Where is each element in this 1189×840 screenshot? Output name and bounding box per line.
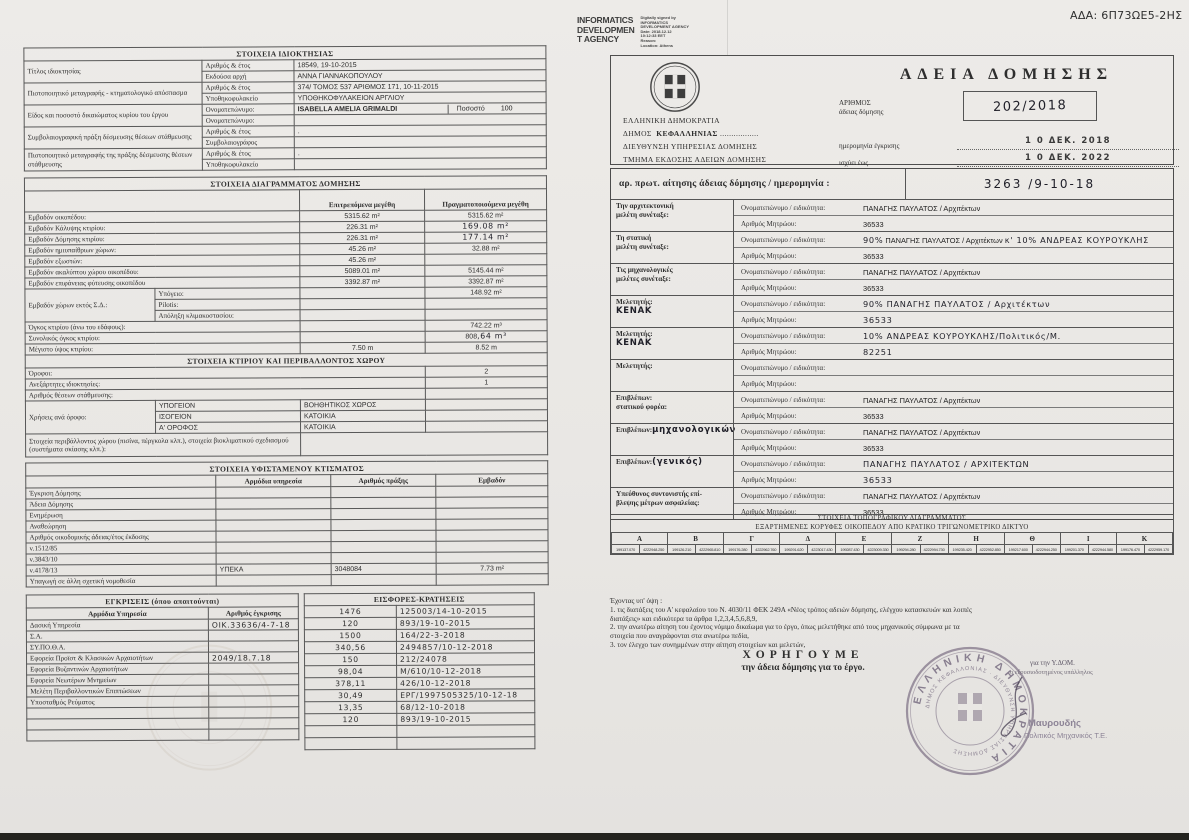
legal-intro: Έχοντας υπ' όψη :: [610, 597, 976, 606]
topo-letter: Ι: [1060, 533, 1116, 545]
designer-name: ΠΑΝΑΓΗΣ ΠΑΥΛΑΤΟΣ / Αρχιτέκτων: [863, 203, 980, 213]
designer-role-label: Επιβλέπων: στατικού φορέα:: [616, 394, 667, 411]
cell-reference: 893/19-10-2015: [396, 617, 534, 630]
cell-amount: 120: [304, 617, 396, 629]
topographic-table: ΣΤΟΙΧΕΙΑ ΤΟΠΟΓΡΑΦΙΚΟΥ ΔΙΑΓΡΑΜΜΑΤΟΣ ΕΞΑΡΤ…: [610, 514, 1174, 555]
designer-role: Μελετητής:: [611, 360, 733, 391]
designer-role-label: Υπεύθυνος συντονιστής επί- βλεψης μέτρων…: [616, 490, 702, 507]
registry-label: Αριθμός Μητρώου:: [741, 348, 863, 356]
building-diagram-table: ΣΤΟΙΧΕΙΑ ΔΙΑΓΡΑΜΜΑΤΟΣ ΔΟΜΗΣΗΣ Επιτρεπόμε…: [24, 175, 548, 457]
column-header-realized: Πραγματοποιούμενα μεγέθη: [424, 189, 546, 211]
topo-coordinate: 199126.210: [668, 545, 696, 554]
cell-label: Αναθεώρηση: [26, 520, 216, 532]
cell-label: Στοιχεία περιβάλλοντος χώρου (πισίνα, πέ…: [26, 433, 301, 457]
column-header: Αριθμός πράξης: [331, 474, 436, 486]
cell-amount: 340,56: [304, 641, 396, 653]
topo-title-2: ΕΞΑΡΤΗΜΕΝΕΣ ΚΟΡΥΦΕΣ ΟΙΚΟΠΕΔΟΥ ΑΠΟ ΚΡΑΤΙΚ…: [611, 524, 1173, 533]
printed-registry: 36533: [863, 252, 884, 261]
handwritten-value: ,64 m³: [477, 331, 507, 340]
designer-name-line: Ονοματεπώνυμο / ειδικότητα:: [734, 360, 1173, 375]
cell-amount: 30,49: [305, 689, 397, 701]
designer-role-label: Τη στατική μελέτη συνέταξε:: [616, 234, 669, 251]
cell-realized: 177.14 m²: [425, 232, 547, 244]
topo-coordinate: 4222944.580: [1088, 545, 1116, 554]
number-label-line1: ΑΡΙΘΜΟΣ: [839, 99, 883, 108]
designer-name: 90% ΠΑΝΑΓΗΣ ΠΑΥΛΑΤΟΣ / Αρχιτέκτων κ' 10%…: [863, 235, 1149, 245]
cell-floor: ΙΣΟΓΕΙΟΝ: [155, 411, 300, 423]
printed-name: ΠΑΝΑΓΗΣ ΠΑΥΛΑΤΟΣ / Αρχιτέκτων: [863, 204, 980, 213]
designer-role: Επιβλέπων: στατικού φορέα:: [611, 392, 733, 423]
cell-blank: [425, 410, 547, 422]
fullname-label: Ονοματεπώνυμο / ειδικότητα:: [741, 396, 863, 404]
dots: .................: [720, 129, 759, 138]
topo-letter: Η: [948, 533, 1004, 545]
cell-area: [436, 497, 548, 508]
cell-act-number: [331, 497, 436, 508]
cell-area: [436, 574, 548, 585]
directorate-line: ΔΙΕΥΘΥΝΣΗ ΥΠΗΡΕΣΙΑΣ ΔΟΜΗΣΗΣ: [623, 142, 757, 151]
cell-label: Συμβολαιογραφική πράξη δέσμευσης θέσεων …: [24, 126, 202, 149]
cell-amount: 13,35: [305, 701, 397, 713]
cell-sublabel: Ονοματεπώνυμο:: [202, 104, 294, 115]
dotted-line: 1 0 ΔΕΚ. 2022: [957, 147, 1179, 167]
cell-reference: Μ/610/10-12-2018: [397, 665, 535, 678]
cell-reference: 212/24078: [397, 653, 535, 666]
designer-registry-line: Αριθμός Μητρώου: 36533: [734, 215, 1173, 231]
registry-label: Αριθμός Μητρώου:: [741, 284, 863, 292]
printed-name: ΠΑΝΑΓΗΣ ΠΑΥΛΑΤΟΣ / Αρχιτέκτων: [885, 236, 1002, 245]
table-row: Στοιχεία περιβάλλοντος χώρου (πισίνα, πέ…: [26, 432, 548, 457]
topo-coordinate: 4223009.330: [864, 545, 892, 554]
designer-role-label: Μελετητής:: [616, 330, 653, 338]
cell-sublabel: Υποθηκοφυλακείο: [202, 93, 294, 104]
designer-name: ΠΑΝΑΓΗΣ ΠΑΥΛΑΤΟΣ / ΑΡΧΙΤΕΚΤΩΝ: [863, 459, 1029, 469]
designer-details: Ονοματεπώνυμο / ειδικότητα: ΠΑΝΑΓΗΣ ΠΑΥΛ…: [733, 200, 1173, 231]
topo-coordinate: 199235.420: [948, 545, 976, 554]
cell-reference: ΕΡΓ/1997505325/10-12-18: [397, 689, 535, 702]
printed-value: 808: [465, 334, 477, 341]
designer-name-line: Ονοματεπώνυμο / ειδικότητα: ΠΑΝΑΓΗΣ ΠΑΥΛ…: [734, 424, 1173, 439]
cell-amount: [305, 725, 397, 737]
cell-service: [216, 509, 331, 521]
protocol-row: αρ. πρωτ. αίτησης άδειας δόμησης / ημερο…: [611, 169, 1173, 200]
table-row: ΕΙΣΦΟΡΕΣ-ΚΡΑΤΗΣΕΙΣ: [304, 593, 534, 606]
topo-coordinate: 199294.280: [892, 545, 920, 554]
contributions-table: ΕΙΣΦΟΡΕΣ-ΚΡΑΤΗΣΕΙΣ 1476 125003/14-10-201…: [304, 592, 536, 750]
cell-reference: 2494857/10-12-2018: [396, 641, 534, 654]
cell-realized: 3392.87 m²: [425, 276, 547, 288]
cell-reference: 164/22-3-2018: [396, 629, 534, 642]
designer-registry-line: Αριθμός Μητρώου: 36533: [734, 471, 1173, 487]
designer-role-label: Επιβλέπων:: [616, 458, 652, 466]
topo-letter: Α: [612, 533, 668, 545]
fullname-label: Ονοματεπώνυμο / ειδικότητα:: [741, 236, 863, 244]
handwritten-name: 90% ΠΑΝΑΓΗΣ ΠΑΥΛΑΤΟΣ / Αρχιτέκτων: [863, 299, 1050, 309]
cell-act-number: 3048084: [331, 563, 436, 574]
table-row: [305, 737, 535, 750]
designer-details: Ονοματεπώνυμο / ειδικότητα: ΠΑΝΑΓΗΣ ΠΑΥΛ…: [733, 456, 1173, 487]
department-line: ΤΜΗΜΑ ΕΚΔΟΣΗΣ ΑΔΕΙΩΝ ΔΟΜΗΣΗΣ: [623, 155, 766, 164]
greek-state-emblem-icon: [649, 61, 701, 113]
topo-coordinate: 4222959.170: [1144, 545, 1172, 554]
cell-reference: 893/19-10-2015: [397, 713, 535, 726]
cell-area: [436, 530, 548, 541]
table-row: 30,49 ΕΡΓ/1997505325/10-12-18: [305, 689, 535, 702]
cell-label: Υπαγωγή σε άλλη σχετική νομοθεσία: [26, 575, 216, 587]
cell-label: Ενημέρωση: [26, 509, 216, 521]
column-header: Αριθμός έγκρισης: [208, 607, 298, 619]
cell-act-number: [331, 519, 436, 530]
cell-value: [294, 158, 546, 170]
cell-realized: [425, 298, 547, 310]
cell-label: Έγκριση Δόμησης: [26, 487, 216, 499]
cell-act-number: [331, 486, 436, 497]
designer-name-line: Ονοματεπώνυμο / ειδικότητα: ΠΑΝΑΓΗΣ ΠΑΥΛ…: [734, 200, 1173, 215]
faint-stamp: [139, 637, 280, 778]
designer-details: Ονοματεπώνυμο / ειδικότητα: ΠΑΝΑΓΗΣ ΠΑΥΛ…: [733, 264, 1173, 295]
topo-coordinate: 199137.070: [612, 545, 640, 554]
handwritten-prefix: 90%: [863, 235, 883, 245]
permit-header: ΕΛΛΗΝΙΚΗ ΔΗΜΟΚΡΑΤΙΑ ΔΗΜΟΣ ΚΕΦΑΛΛΗΝΙΑΣ ..…: [610, 55, 1174, 165]
topo-coordinate: 199201.370: [1060, 545, 1088, 554]
printed-value: 742.22 m³: [470, 322, 502, 329]
cell-area: [436, 508, 548, 519]
cell-realized: 742.22 m³: [425, 320, 547, 332]
number-label: ΑΡΙΘΜΟΣ άδειας δόμησης: [839, 99, 883, 117]
designer-details: Ονοματεπώνυμο / ειδικότητα: 90% ΠΑΝΑΓΗΣ …: [733, 296, 1173, 327]
topo-letter: Θ: [1004, 533, 1060, 545]
cell-sublabel: Αριθμός & έτος: [202, 148, 294, 159]
table-row: [305, 725, 535, 738]
designer-role: Την αρχιτεκτονική μελέτη συνέταξε:: [611, 200, 733, 231]
topo-coordinate: 199287.430: [836, 545, 864, 554]
cell-sublabel: Αριθμός & έτος: [202, 82, 294, 93]
valid-until-line: ισχύει έως 1 0 ΔΕΚ. 2022: [839, 147, 1179, 167]
fullname-label: Ονοματεπώνυμο / ειδικότητα:: [741, 204, 863, 212]
topo-title-1: ΣΤΟΙΧΕΙΑ ΤΟΠΟΓΡΑΦΙΚΟΥ ΔΙΑΓΡΑΜΜΑΤΟΣ: [611, 515, 1173, 524]
registry-label: Αριθμός Μητρώου:: [741, 444, 863, 452]
printed-registry: 36533: [863, 412, 884, 421]
cell-permitted: 45.26 m²: [300, 243, 425, 255]
table-row: Υπαγωγή σε άλλη σχετική νομοθεσία: [26, 574, 548, 587]
designer-role-label: Την αρχιτεκτονική μελέτη συνέταξε:: [616, 202, 674, 219]
designer-row: Μελετητής: Ονοματεπώνυμο / ειδικότητα: Α…: [611, 359, 1173, 391]
fullname-label: Ονοματεπώνυμο / ειδικότητα:: [741, 364, 863, 372]
designer-row: Την αρχιτεκτονική μελέτη συνέταξε: Ονομα…: [611, 200, 1173, 231]
cell-label: Άδεια Δόμησης: [26, 498, 216, 510]
registry-number: 36533: [863, 219, 884, 229]
table-row: ΕΓΚΡΙΣΕΙΣ (όπου απαιτούνται): [26, 594, 298, 608]
topo-letter: Ζ: [892, 533, 948, 545]
column-header: Αρμόδια υπηρεσία: [216, 475, 331, 488]
cell-permitted: 226.31 m²: [300, 232, 425, 244]
valid-until-label: ισχύει έως: [839, 159, 957, 167]
designer-role: Μελετητής: ΚΕΝΑΚ: [611, 328, 733, 359]
table-row: Επιτρεπόμενα μεγέθη Πραγματοποιούμενα με…: [24, 189, 546, 212]
cell-realized: [425, 309, 547, 321]
cell-realized: 32.88 m²: [425, 243, 547, 255]
topo-letter: Κ: [1116, 533, 1172, 545]
topo-coordinate: 4222994.730: [920, 545, 948, 554]
cell-area: [436, 519, 548, 530]
cell-sublabel: Συμβολαιογράφος: [202, 137, 294, 148]
designer-row: Μελετητής: ΚΕΝΑΚ Ονοματεπώνυμο / ειδικότ…: [611, 327, 1173, 359]
topo-coord-row: 199137.0704222948.250199126.2104222965.8…: [612, 545, 1173, 554]
designer-registry-line: Αριθμός Μητρώου: 36533: [734, 407, 1173, 423]
designer-registry-line: Αριθμός Μητρώου: 36533: [734, 279, 1173, 295]
municipality-line: ΔΗΜΟΣ ΚΕΦΑΛΛΗΝΙΑΣ .................: [623, 129, 759, 138]
handwritten-suffix: κ' 10% ΑΝΔΡΕΑΣ ΚΟΥΡΟΥΚΛΗΣ: [1005, 235, 1149, 245]
ada-code: ΑΔΑ: 6Π73ΩΕ5-2ΗΣ: [1070, 9, 1182, 22]
printed-value: 5315.62 m²: [468, 212, 503, 219]
printed-registry: 36533: [863, 220, 884, 229]
designer-role: Επιβλέπων:μηχανολογικών: [611, 424, 733, 455]
registry-label: Αριθμός Μητρώου:: [741, 412, 863, 420]
designer-name-line: Ονοματεπώνυμο / ειδικότητα: 10% ΑΝΔΡΕΑΣ …: [734, 328, 1173, 343]
cell-sublabel: Εκδούσα αρχή: [202, 71, 294, 82]
digital-signature-stamp: INFORMATICSDEVELOPMENT AGENCY Digitally …: [577, 16, 689, 48]
grant-word: ΧΟΡΗΓΟΥΜΕ: [693, 649, 913, 661]
topo-coordinate: 199176.280: [724, 545, 752, 554]
designer-name-line: Ονοματεπώνυμο / ειδικότητα: 90% ΠΑΝΑΓΗΣ …: [734, 232, 1173, 247]
grant-object: την άδεια δόμησης για το έργο.: [693, 663, 913, 673]
grant-statement: ΧΟΡΗΓΟΥΜΕ την άδεια δόμησης για το έργο.: [693, 649, 913, 673]
cell-use: ΚΑΤΟΙΚΙΑ: [300, 410, 425, 422]
handwritten-name: ΠΑΝΑΓΗΣ ΠΑΥΛΑΤΟΣ / ΑΡΧΙΤΕΚΤΩΝ: [863, 459, 1029, 469]
approval-date-stamp: 1 0 ΔΕΚ. 2018: [1025, 136, 1111, 146]
printed-name: ΠΑΝΑΓΗΣ ΠΑΥΛΑΤΟΣ / Αρχιτέκτων: [863, 492, 980, 501]
cell-service: [216, 520, 331, 532]
table-row: 98,04 Μ/610/10-12-2018: [305, 665, 535, 678]
designer-role-handwritten: (γενικός): [652, 457, 703, 467]
handwritten-value: 169.08 m²: [462, 221, 509, 230]
cell-service: [216, 553, 331, 565]
topo-coordinate: 4222948.250: [640, 545, 668, 554]
cell-service: [216, 487, 331, 499]
designer-role-label: Μελετητής:: [616, 298, 653, 306]
designer-row: Επιβλέπων:μηχανολογικών Ονοματεπώνυμο / …: [611, 423, 1173, 455]
registry-label: Αριθμός Μητρώου:: [741, 252, 863, 260]
registry-number: 36533: [863, 411, 884, 421]
registry-number: 36533: [863, 283, 884, 293]
cell-act-number: [331, 552, 436, 563]
cell-amount: 98,04: [305, 665, 397, 677]
cell-realized: 5315.62 m²: [425, 210, 547, 222]
table-row: 13,35 68/12-10-2018: [305, 701, 535, 714]
cell-label: ν.4178/13: [26, 564, 216, 576]
cell-blank: [425, 399, 547, 411]
handwritten-name: 10% ΑΝΔΡΕΑΣ ΚΟΥΡΟΥΚΛΗΣ/Πολιτικός/Μ.: [863, 331, 1061, 341]
designer-details: Ονοματεπώνυμο / ειδικότητα: ΠΑΝΑΓΗΣ ΠΑΥΛ…: [733, 424, 1173, 455]
cell-permitted: 226.31 m²: [300, 221, 425, 233]
valid-until-stamp: 1 0 ΔΕΚ. 2022: [1025, 153, 1111, 163]
printed-name: ΠΑΝΑΓΗΣ ΠΑΥΛΑΤΟΣ / Αρχιτέκτων: [863, 396, 980, 405]
legal-item: 1. τις διατάξεις του Α' κεφαλαίου του Ν.…: [610, 606, 976, 624]
section-title: ΕΓΚΡΙΣΕΙΣ (όπου απαιτούνται): [26, 594, 298, 608]
cell-realized: 5145.44 m²: [425, 265, 547, 277]
cell-sublabel: Αριθμός & έτος: [202, 60, 294, 71]
handwritten-registry: 82251: [863, 347, 893, 357]
table-row: 150 212/24078: [305, 653, 535, 666]
designer-name-line: Ονοματεπώνυμο / ειδικότητα: 90% ΠΑΝΑΓΗΣ …: [734, 296, 1173, 311]
cell-sublabel: Ονοματεπώνυμο:: [202, 115, 294, 126]
designer-name-line: Ονοματεπώνυμο / ειδικότητα: ΠΑΝΑΓΗΣ ΠΑΥΛ…: [734, 264, 1173, 279]
cell-use: ΚΑΤΟΙΚΙΑ: [301, 421, 426, 433]
registry-label: Αριθμός Μητρώου:: [741, 476, 863, 484]
table-row: 120 893/19-10-2015: [304, 617, 534, 630]
digital-signature-detail-line: Location: Athens: [641, 44, 690, 49]
cell-realized: 169.08 m²: [425, 221, 547, 233]
printed-name: ΠΑΝΑΓΗΣ ΠΑΥΛΑΤΟΣ / Αρχιτέκτων: [863, 428, 980, 437]
cell-reference: 68/12-10-2018: [397, 701, 535, 714]
number-label-line2: άδειας δόμησης: [839, 108, 883, 117]
permit-number-box: 202/2018: [963, 91, 1097, 121]
designer-name: ΠΑΝΑΓΗΣ ΠΑΥΛΑΤΟΣ / Αρχιτέκτων: [863, 427, 980, 437]
cell-blank: [26, 475, 216, 488]
cell-amount: 378,11: [305, 677, 397, 689]
designer-details: Ονοματεπώνυμο / ειδικότητα: 90% ΠΑΝΑΓΗΣ …: [733, 232, 1173, 263]
cell-act-number: [331, 541, 436, 552]
fullname-label: Ονοματεπώνυμο / ειδικότητα:: [741, 300, 863, 308]
cell-label: Εμβαδόν χώρων εκτός Σ.Δ.:: [25, 288, 155, 322]
cell-service: ΥΠΕΚΑ: [216, 564, 331, 576]
topo-letter: Ε: [836, 533, 892, 545]
designer-name: 90% ΠΑΝΑΓΗΣ ΠΑΥΛΑΤΟΣ / Αρχιτέκτων: [863, 299, 1050, 309]
registry-label: Αριθμός Μητρώου:: [741, 380, 863, 388]
cell-service: [216, 575, 331, 587]
registry-number: 36533: [863, 251, 884, 261]
percentage-label: Ποσοστό: [457, 104, 485, 113]
topo-coordinate: 199176.470: [1116, 545, 1144, 554]
designer-name-line: Ονοματεπώνυμο / ειδικότητα: ΠΑΝΑΓΗΣ ΠΑΥΛ…: [734, 456, 1173, 471]
protocol-number: 3263 /9-10-18: [984, 177, 1095, 191]
cell-amount: [305, 737, 397, 749]
cell-permitted: 45.26 m²: [300, 254, 425, 266]
printed-value: 5145.44 m²: [468, 267, 503, 274]
designer-row: Τη στατική μελέτη συνέταξε: Ονοματεπώνυμ…: [611, 231, 1173, 263]
printed-name: ΠΑΝΑΓΗΣ ΠΑΥΛΑΤΟΣ / Αρχιτέκτων: [863, 268, 980, 277]
cell-label: Πιστοποιητικό μεταγραφής της πράξης δέσμ…: [24, 148, 202, 171]
cell-blank: [426, 421, 548, 433]
page-title: ΑΔΕΙΑ ΔΟΜΗΣΗΣ: [849, 66, 1164, 84]
registry-number: 82251: [863, 347, 893, 357]
topo-letter: Δ: [780, 533, 836, 545]
section-title: ΕΙΣΦΟΡΕΣ-ΚΡΑΤΗΣΕΙΣ: [304, 593, 534, 606]
topo-letter-row: ΑΒΓΔΕΖΗΘΙΚ: [612, 533, 1173, 545]
designer-role: Τις μηχανολογικές μελέτες συνέταξε:: [611, 264, 733, 295]
cell-area: [436, 486, 548, 497]
digital-signature-agency-line: T AGENCY: [577, 35, 635, 45]
topo-coordinate: 199217.600: [1004, 545, 1032, 554]
handwritten-registry: 36533: [863, 475, 893, 485]
cell-use: ΒΟΗΘΗΤΙΚΟΣ ΧΩΡΟΣ: [300, 399, 425, 411]
cell-area: 7.73 m²: [436, 563, 548, 574]
cell-blank: [24, 190, 299, 212]
cell-floor: Α' ΟΡΟΦΟΣ: [156, 422, 301, 434]
cell-realized: 148.92 m²: [425, 287, 547, 299]
registry-number: 36533: [863, 443, 884, 453]
designer-role-label: Τις μηχανολογικές μελέτες συνέταξε:: [616, 266, 673, 283]
cell-blank: [301, 432, 548, 456]
table-row: Αρμόδια Υπηρεσία Αριθμός έγκρισης: [26, 607, 298, 620]
cell-label: ν.3843/10: [26, 553, 216, 565]
cell-value: 1: [425, 377, 547, 389]
cell-realized: 808,64 m³: [425, 331, 547, 343]
designer-details: Ονοματεπώνυμο / ειδικότητα: 10% ΑΝΔΡΕΑΣ …: [733, 328, 1173, 359]
table-row: 120 893/19-10-2015: [305, 713, 535, 726]
cell-sublabel: Υπόγειο:: [155, 288, 300, 300]
cell-realized: 8.52 m: [425, 342, 547, 354]
printed-value: 3392.87 m²: [468, 278, 503, 285]
permit-number: 202/2018: [993, 98, 1068, 115]
cell-label: Πιστοποιητικό μεταγραφής - κτηματολογικό…: [24, 82, 202, 105]
municipality-label: ΔΗΜΟΣ: [623, 129, 652, 138]
cell-amount: 1476: [304, 605, 396, 617]
cell-sublabel: Αριθμός & έτος: [202, 126, 294, 137]
cell-reference: [397, 737, 535, 750]
designer-name: ΠΑΝΑΓΗΣ ΠΑΥΛΑΤΟΣ / Αρχιτέκτων: [863, 491, 980, 501]
cell-amount: 1500: [304, 629, 396, 641]
printed-registry: 36533: [863, 444, 884, 453]
table-row: 378,11 426/10-12-2018: [305, 677, 535, 690]
cell-blank: [300, 298, 425, 310]
signature-block: για την Υ.ΔΟΜ. ο εξουσιοδοτημένος υπάλλη…: [990, 659, 1185, 740]
municipality-value: ΚΕΦΑΛΛΗΝΙΑΣ: [656, 129, 717, 138]
cell-permitted: [300, 320, 425, 332]
cell-label: ν.1512/85: [26, 542, 216, 554]
cell-amount: 120: [305, 713, 397, 725]
topo-coordinate: 4222952.850: [976, 545, 1004, 554]
printed-registry: 36533: [863, 284, 884, 293]
legal-item: 2. την ανωτέρω αίτηση του έχοντος νόμιμο…: [610, 623, 976, 641]
cell-area: [436, 541, 548, 552]
printed-value: 32.88 m²: [472, 245, 500, 252]
signature-squiggle: [992, 673, 1062, 743]
registry-label: Αριθμός Μητρώου:: [741, 220, 863, 228]
cell-realized: [425, 254, 547, 266]
cell-permitted: [300, 331, 425, 343]
topo-coordinate: 199291.620: [780, 545, 808, 554]
designer-registry-line: Αριθμός Μητρώου: 82251: [734, 343, 1173, 359]
cell-approval-number: ΟΙΚ.33636/4-7-18: [208, 619, 298, 630]
cell-amount: 150: [305, 653, 397, 665]
fullname-label: Ονοματεπώνυμο / ειδικότητα:: [741, 428, 863, 436]
handwritten-registry: 36533: [863, 315, 893, 325]
designer-row: Επιβλέπων: στατικού φορέα: Ονοματεπώνυμο…: [611, 391, 1173, 423]
cell-reference: 125003/14-10-2015: [396, 605, 534, 618]
fullname-label: Ονοματεπώνυμο / ειδικότητα:: [741, 268, 863, 276]
designer-name: 10% ΑΝΔΡΕΑΣ ΚΟΥΡΟΥΚΛΗΣ/Πολιτικός/Μ.: [863, 331, 1061, 341]
cell-permitted: 5315.62 m²: [300, 210, 425, 222]
designer-details: Ονοματεπώνυμο / ειδικότητα: ΠΑΝΑΓΗΣ ΠΑΥΛ…: [733, 392, 1173, 423]
cell-sublabel: Υποθηκοφυλακείο: [202, 159, 294, 170]
topo-letter: Β: [668, 533, 724, 545]
table-row: 1476 125003/14-10-2015: [304, 605, 534, 618]
cell-label: Χρήσεις ανά όροφο:: [25, 400, 155, 434]
cell-label: Δασική Υπηρεσία: [26, 619, 208, 631]
cell-label: Είδος και ποσοστό δικαιώματος κυρίου του…: [24, 104, 202, 127]
cell-label: Αριθμός οικοδομικής άδειας/έτος έκδοσης: [26, 531, 216, 543]
table-row: 340,56 2494857/10-12-2018: [304, 641, 534, 654]
cell-service: [216, 498, 331, 510]
cell-service: [216, 542, 331, 554]
republic-line: ΕΛΛΗΝΙΚΗ ΔΗΜΟΚΡΑΤΙΑ: [623, 116, 720, 125]
cell-permitted: 7.50 m: [300, 342, 425, 354]
designer-name-line: Ονοματεπώνυμο / ειδικότητα: ΠΑΝΑΓΗΣ ΠΑΥΛ…: [734, 392, 1173, 407]
cell-service: [216, 531, 331, 543]
owner-name: ISABELLA AMELIA GRIMALDI: [298, 104, 398, 113]
cell-area: [436, 552, 548, 563]
